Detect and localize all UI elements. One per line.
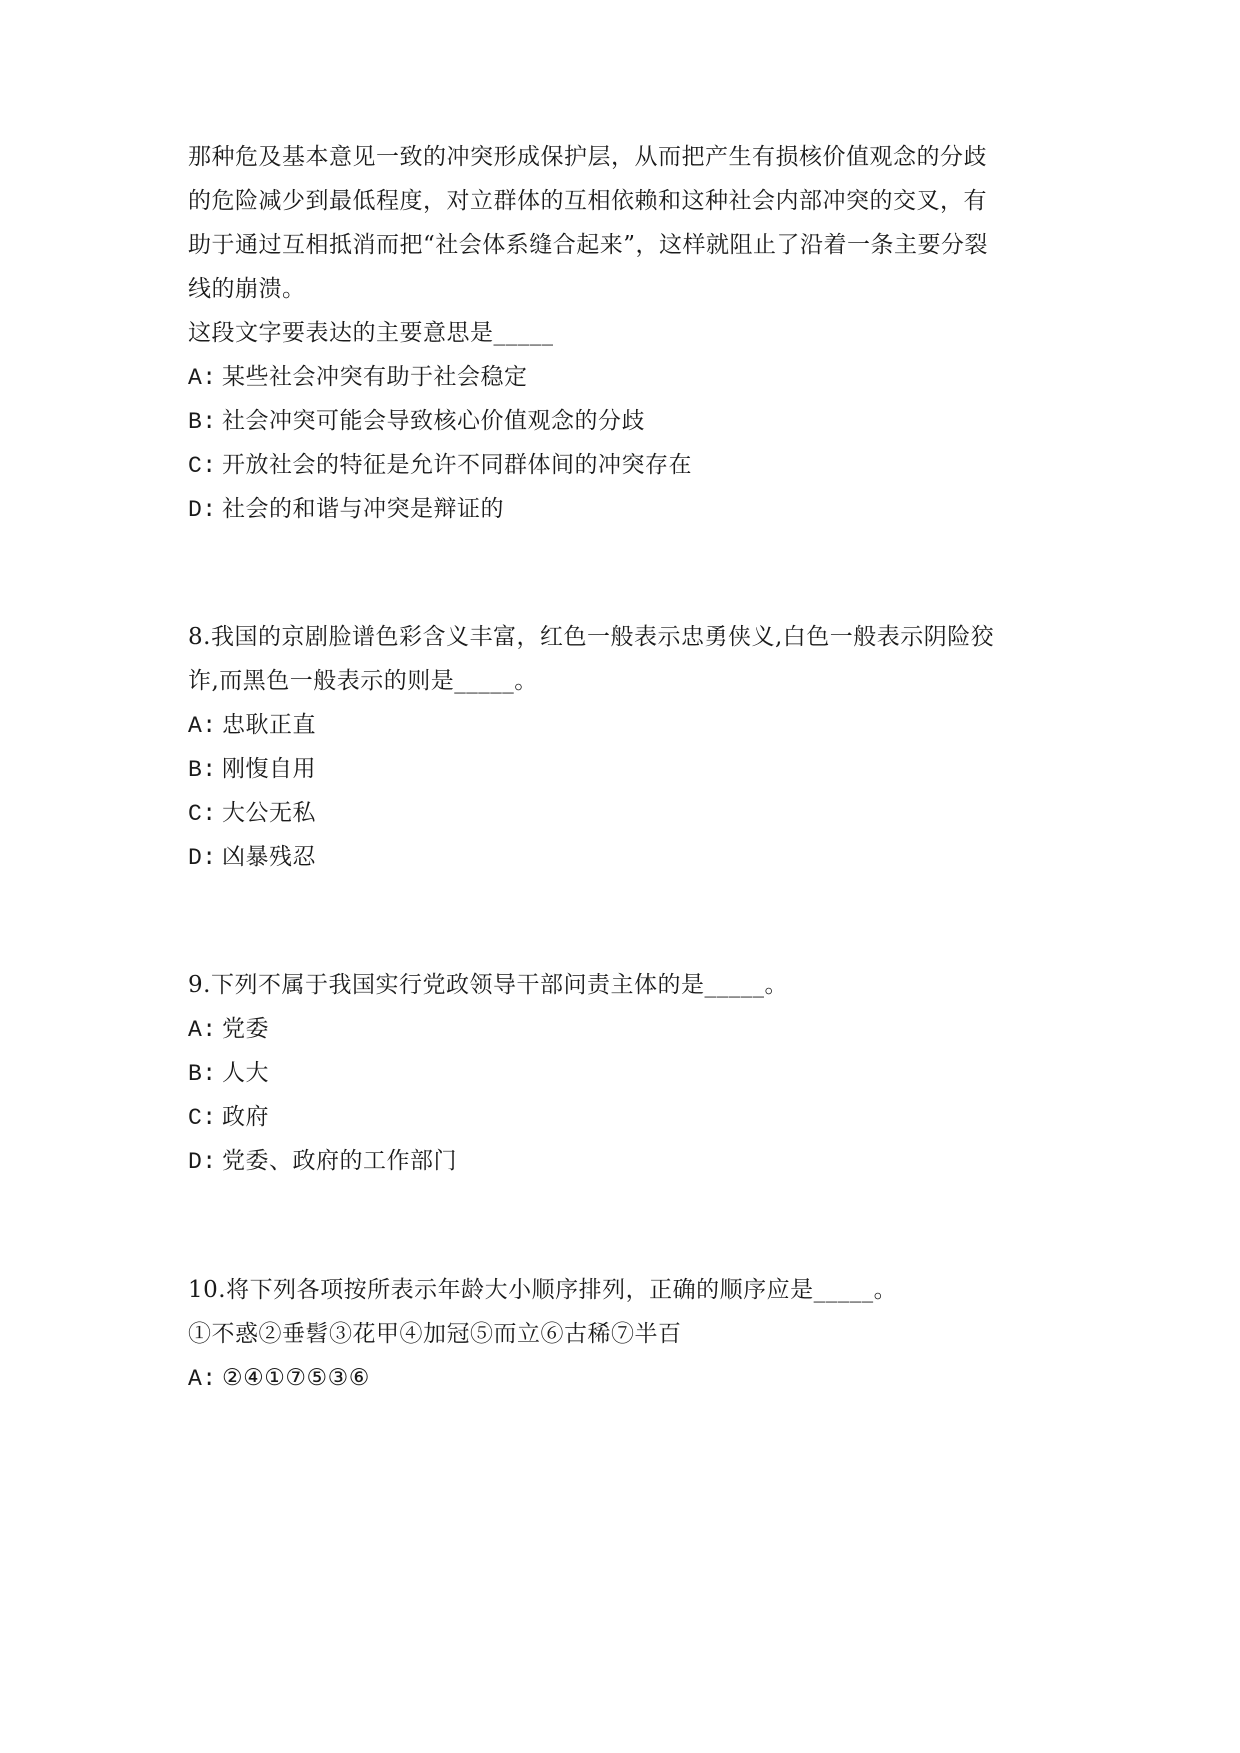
option-text: 党委、政府的工作部门	[222, 1148, 457, 1174]
q9-option-c: C:政府	[188, 1102, 269, 1133]
q9-option-a: A:党委	[188, 1014, 269, 1045]
option-letter: C:	[188, 1103, 222, 1133]
q7-option-a: A:某些社会冲突有助于社会稳定	[188, 362, 528, 393]
q10-stem: 10.将下列各项按所表示年龄大小顺序排列，正确的顺序应是_____。	[188, 1275, 897, 1305]
q8-stem-line-2: 诈,而黑色一般表示的则是_____。	[188, 666, 538, 696]
q8-option-a: A:忠耿正直	[188, 710, 316, 741]
q8-option-c: C:大公无私	[188, 798, 316, 829]
option-letter: A:	[188, 1015, 222, 1045]
q7-option-c: C:开放社会的特征是允许不同群体间的冲突存在	[188, 450, 692, 481]
option-text: 某些社会冲突有助于社会稳定	[222, 364, 528, 390]
q8-stem-line-1: 8.我国的京剧脸谱色彩含义丰富，红色一般表示忠勇侠义,白色一般表示阴险狡	[188, 622, 994, 652]
option-text: 凶暴残忍	[222, 844, 316, 870]
option-letter: B:	[188, 407, 222, 437]
option-letter: A:	[188, 363, 222, 393]
q7-option-b: B:社会冲突可能会导致核心价值观念的分歧	[188, 406, 645, 437]
q9-option-d: D:党委、政府的工作部门	[188, 1146, 457, 1177]
option-letter: B:	[188, 1059, 222, 1089]
option-letter: B:	[188, 755, 222, 785]
q8-option-d: D:凶暴残忍	[188, 842, 316, 873]
option-text: 开放社会的特征是允许不同群体间的冲突存在	[222, 452, 692, 478]
q8-option-b: B:刚愎自用	[188, 754, 316, 785]
option-text: 党委	[222, 1016, 269, 1042]
option-letter: A:	[188, 1364, 222, 1394]
option-text: 人大	[222, 1060, 269, 1086]
q9-stem: 9.下列不属于我国实行党政领导干部问责主体的是_____。	[188, 970, 788, 1000]
q7-option-d: D:社会的和谐与冲突是辩证的	[188, 494, 504, 525]
option-letter: D:	[188, 495, 222, 525]
option-text: 社会的和谐与冲突是辩证的	[222, 496, 504, 522]
passage-line-4: 线的崩溃。	[188, 274, 306, 304]
q10-items: ①不惑②垂髫③花甲④加冠⑤而立⑥古稀⑦半百	[188, 1319, 682, 1349]
passage-line-2: 的危险减少到最低程度，对立群体的互相依赖和这种社会内部冲突的交叉，有	[188, 186, 987, 216]
option-text: 大公无私	[222, 800, 316, 826]
option-letter: D:	[188, 1147, 222, 1177]
q7-stem: 这段文字要表达的主要意思是_____	[188, 318, 554, 348]
option-letter: C:	[188, 451, 222, 481]
option-letter: C:	[188, 799, 222, 829]
option-text: 忠耿正直	[222, 712, 316, 738]
q9-option-b: B:人大	[188, 1058, 269, 1089]
option-letter: A:	[188, 711, 222, 741]
passage-line-3: 助于通过互相抵消而把“社会体系缝合起来”，这样就阻止了沿着一条主要分裂	[188, 230, 988, 260]
option-text: 社会冲突可能会导致核心价值观念的分歧	[222, 408, 645, 434]
option-letter: D:	[188, 843, 222, 873]
q10-option-a: A:②④①⑦⑤③⑥	[188, 1363, 370, 1394]
option-text: ②④①⑦⑤③⑥	[222, 1365, 370, 1391]
option-text: 刚愎自用	[222, 756, 316, 782]
passage-line-1: 那种危及基本意见一致的冲突形成保护层，从而把产生有损核价值观念的分歧	[188, 142, 987, 172]
option-text: 政府	[222, 1104, 269, 1130]
